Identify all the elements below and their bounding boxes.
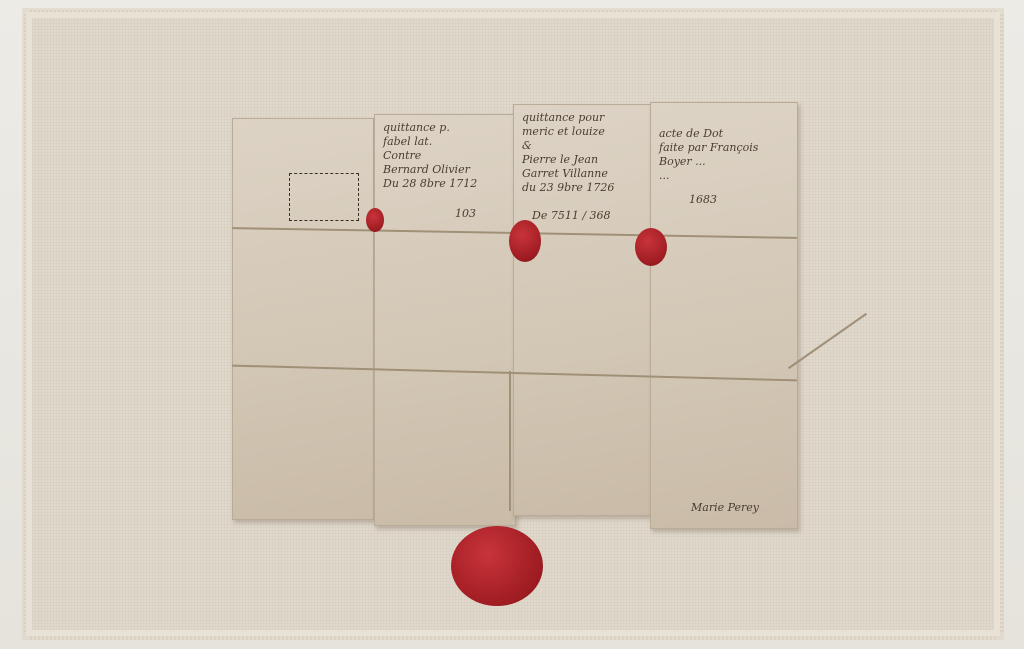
wax-seal-pendant <box>451 526 543 606</box>
wax-seal-small-3 <box>635 228 667 266</box>
document-bundle-3: quittance pour meric et louize & Pierre … <box>513 104 651 516</box>
document-bundle-1 <box>232 118 374 520</box>
document-bundle-4: acte de Dot faite par François Boyer ...… <box>650 102 798 529</box>
bundle-label: quittance pour meric et louize & Pierre … <box>522 111 642 195</box>
wax-seal-small-2 <box>509 220 541 262</box>
signature: Marie Perey <box>691 501 759 514</box>
bundle-number: 103 <box>455 207 476 220</box>
document-bundle-2: quittance p. fabel lat. Contre Bernard O… <box>374 114 516 526</box>
bundle-label: quittance p. fabel lat. Contre Bernard O… <box>383 121 507 191</box>
pendant-string <box>509 371 511 511</box>
bundle-label: acte de Dot faite par François Boyer ...… <box>659 127 789 183</box>
wax-seal-small-1 <box>366 208 384 232</box>
bundle-number: De 7511 / 368 <box>532 209 611 222</box>
tax-stamp-icon <box>289 173 359 221</box>
bundle-number: 1683 <box>689 193 717 206</box>
